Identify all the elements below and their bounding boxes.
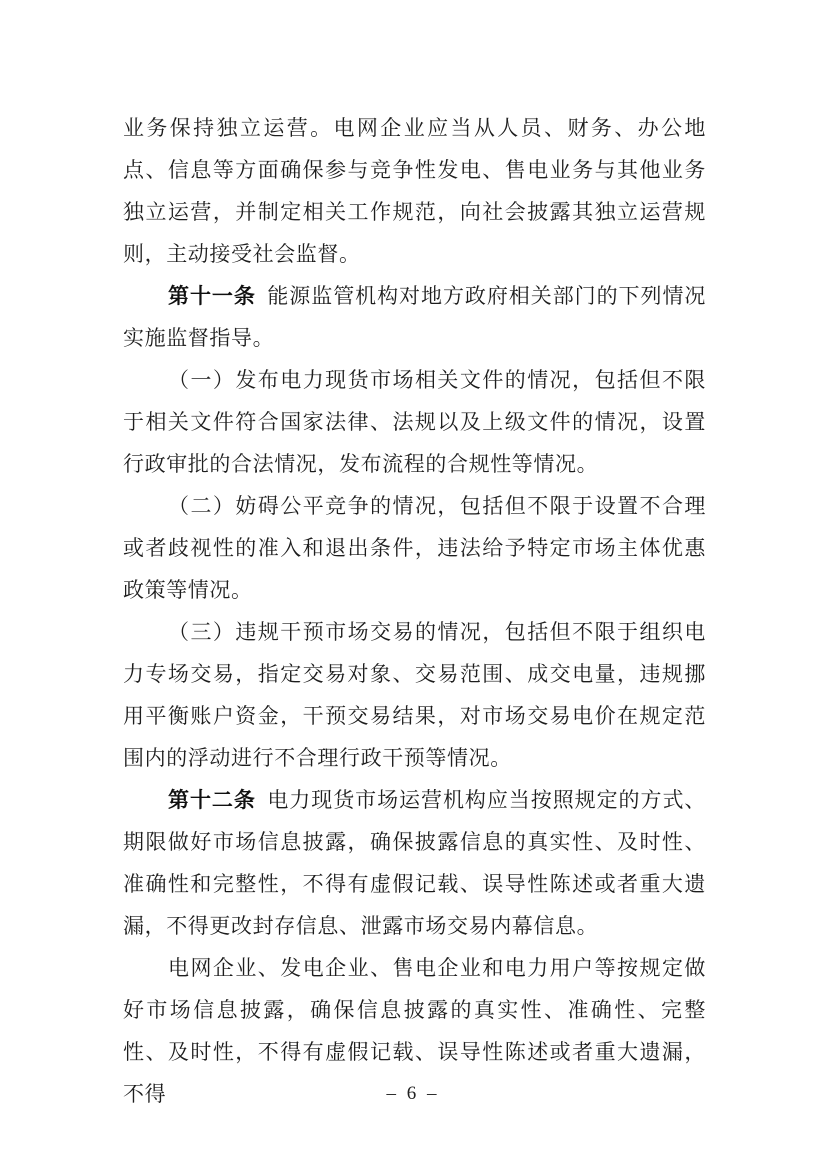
page-number: – 6 – [0, 1082, 826, 1106]
paragraph-text: 业务保持独立运营。电网企业应当从人员、财务、办公地点、信息等方面确保参与竞争性发… [123, 116, 706, 266]
article-number: 第十二条 [168, 788, 256, 812]
document-body: 业务保持独立运营。电网企业应当从人员、财务、办公地点、信息等方面确保参与竞争性发… [123, 107, 706, 1115]
paragraph-text: （一）发布电力现货市场相关文件的情况，包括但不限于相关文件符合国家法律、法规以及… [123, 368, 706, 476]
paragraph-text: （二）妨碍公平竞争的情况，包括但不限于设置不合理或者歧视性的准入和退出条件，违法… [123, 494, 706, 602]
article-number: 第十一条 [168, 284, 256, 308]
paragraph-text: （三）违规干预市场交易的情况，包括但不限于组织电力专场交易，指定交易对象、交易范… [123, 620, 706, 770]
paragraph: 业务保持独立运营。电网企业应当从人员、财务、办公地点、信息等方面确保参与竞争性发… [123, 107, 706, 275]
paragraph: （一）发布电力现货市场相关文件的情况，包括但不限于相关文件符合国家法律、法规以及… [123, 359, 706, 485]
paragraph: 第十一条能源监管机构对地方政府相关部门的下列情况实施监督指导。 [123, 275, 706, 359]
paragraph: （三）违规干预市场交易的情况，包括但不限于组织电力专场交易，指定交易对象、交易范… [123, 611, 706, 779]
paragraph: （二）妨碍公平竞争的情况，包括但不限于设置不合理或者歧视性的准入和退出条件，违法… [123, 485, 706, 611]
document-page: 业务保持独立运营。电网企业应当从人员、财务、办公地点、信息等方面确保参与竞争性发… [0, 0, 826, 1169]
paragraph: 第十二条电力现货市场运营机构应当按照规定的方式、期限做好市场信息披露，确保披露信… [123, 779, 706, 947]
